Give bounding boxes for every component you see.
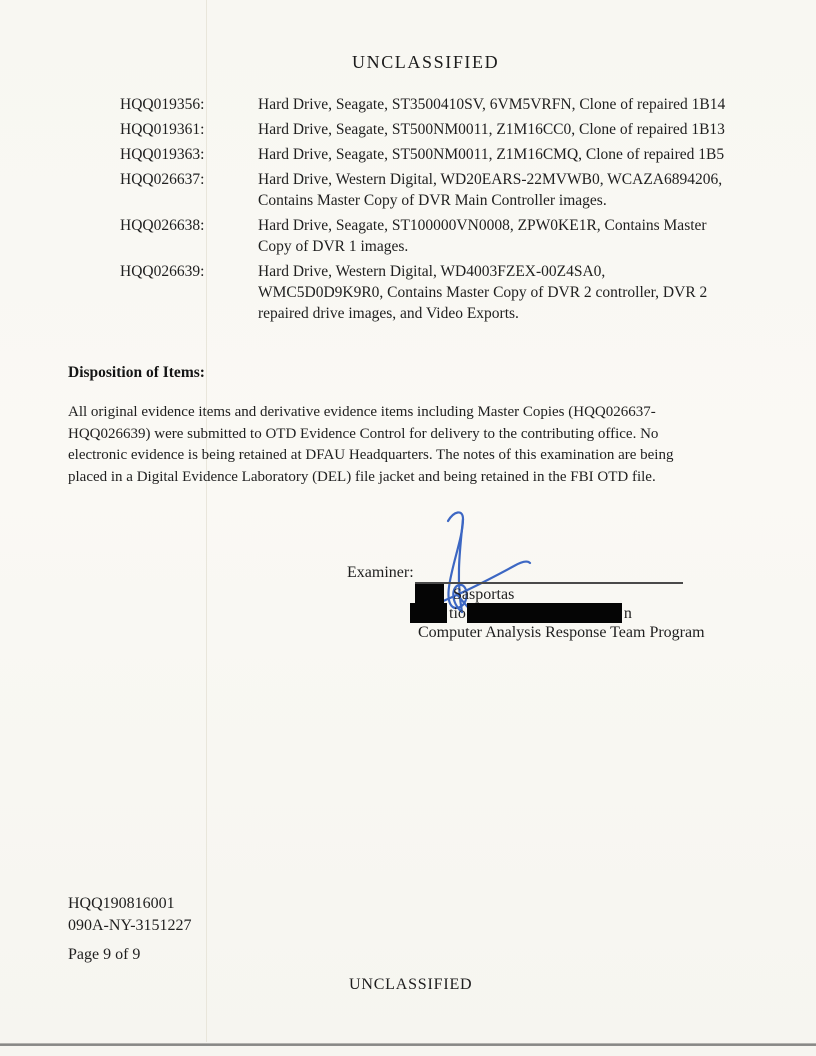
classification-footer: UNCLASSIFIED bbox=[349, 976, 472, 994]
title-fragment: tio bbox=[449, 605, 466, 622]
evidence-description: Hard Drive, Seagate, ST500NM0011, Z1M16C… bbox=[258, 119, 765, 140]
examiner-name: Sasportas bbox=[453, 586, 514, 603]
evidence-description: Hard Drive, Seagate, ST100000VN0008, ZPW… bbox=[258, 215, 765, 257]
examiner-name-row: Sasportas bbox=[415, 586, 514, 604]
document-page: UNCLASSIFIED HQQ019356: Hard Drive, Seag… bbox=[0, 0, 816, 1056]
examiner-label: Examiner: bbox=[347, 564, 414, 582]
title-fragment: n bbox=[624, 605, 632, 622]
evidence-row: HQQ019363: Hard Drive, Seagate, ST500NM0… bbox=[120, 144, 765, 165]
redaction-box bbox=[410, 603, 447, 623]
evidence-description: Hard Drive, Western Digital, WD4003FZEX-… bbox=[258, 261, 765, 324]
redaction-box bbox=[415, 584, 444, 604]
evidence-row: HQQ026638: Hard Drive, Seagate, ST100000… bbox=[120, 215, 765, 257]
evidence-id: HQQ019363: bbox=[120, 144, 258, 165]
footer-case-ids: HQQ190816001 090A-NY-3151227 bbox=[68, 893, 192, 936]
evidence-description: Hard Drive, Seagate, ST3500410SV, 6VM5VR… bbox=[258, 94, 765, 115]
evidence-id: HQQ019356: bbox=[120, 94, 258, 115]
examiner-title-row: tion bbox=[410, 605, 632, 623]
page-number: Page 9 of 9 bbox=[68, 946, 140, 964]
evidence-row: HQQ019356: Hard Drive, Seagate, ST350041… bbox=[120, 94, 765, 115]
scan-edge-line bbox=[0, 1043, 816, 1046]
evidence-id: HQQ026637: bbox=[120, 169, 258, 211]
evidence-id: HQQ026638: bbox=[120, 215, 258, 257]
classification-header: UNCLASSIFIED bbox=[352, 52, 499, 73]
disposition-heading: Disposition of Items: bbox=[68, 364, 205, 382]
evidence-id: HQQ026639: bbox=[120, 261, 258, 324]
file-number: 090A-NY-3151227 bbox=[68, 915, 192, 937]
examiner-organization: Computer Analysis Response Team Program bbox=[418, 624, 705, 642]
evidence-row: HQQ026639: Hard Drive, Western Digital, … bbox=[120, 261, 765, 324]
evidence-list: HQQ019356: Hard Drive, Seagate, ST350041… bbox=[120, 94, 765, 328]
evidence-description: Hard Drive, Seagate, ST500NM0011, Z1M16C… bbox=[258, 144, 765, 165]
redaction-box bbox=[467, 603, 622, 623]
signature-line bbox=[415, 582, 683, 584]
evidence-row: HQQ026637: Hard Drive, Western Digital, … bbox=[120, 169, 765, 211]
disposition-paragraph: All original evidence items and derivati… bbox=[68, 402, 800, 488]
evidence-description: Hard Drive, Western Digital, WD20EARS-22… bbox=[258, 169, 765, 211]
evidence-row: HQQ019361: Hard Drive, Seagate, ST500NM0… bbox=[120, 119, 765, 140]
case-number: HQQ190816001 bbox=[68, 893, 192, 915]
evidence-id: HQQ019361: bbox=[120, 119, 258, 140]
